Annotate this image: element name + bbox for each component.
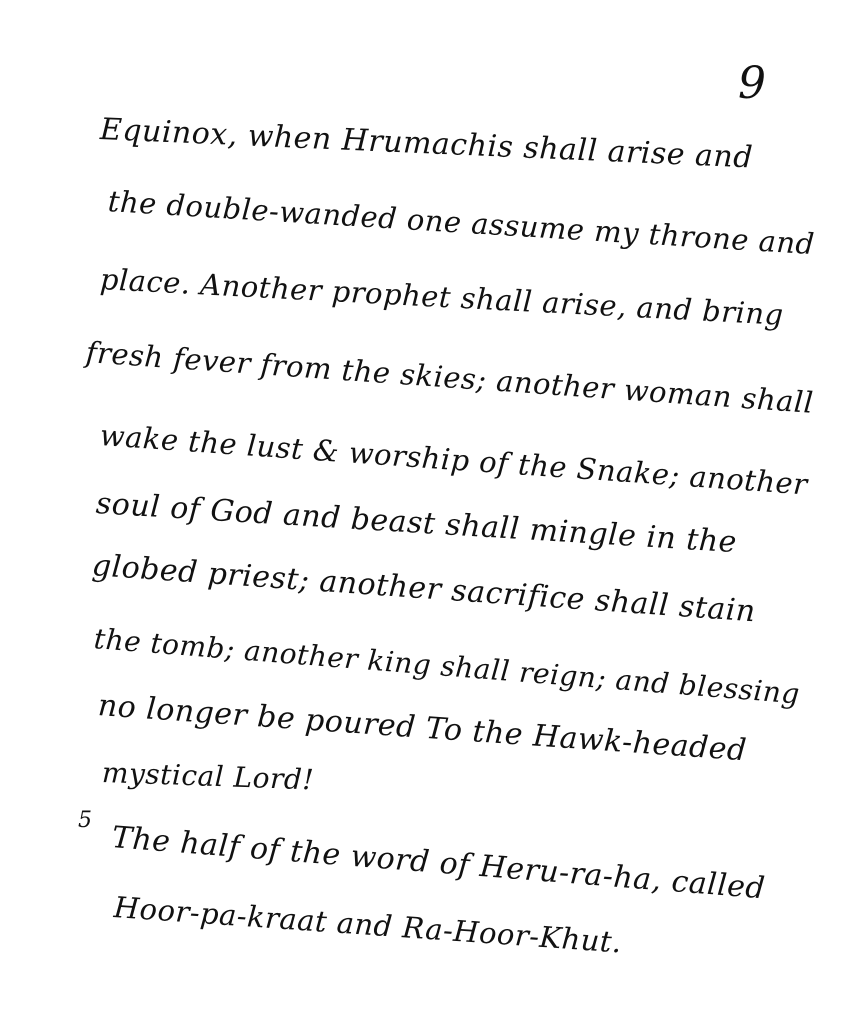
manuscript-line: The half of the word of Heru-ra-ha, call… — [111, 820, 767, 906]
manuscript-line: wake the lust & worship of the Snake; an… — [99, 418, 809, 501]
verse-marker: 5 — [78, 808, 92, 833]
manuscript-line: place. Another prophet shall arise, and … — [99, 262, 784, 332]
manuscript-line: the double-wanded one assume my throne a… — [107, 184, 816, 261]
page-number: 9 — [738, 58, 766, 109]
manuscript-line: soul of God and beast shall mingle in th… — [95, 486, 738, 560]
manuscript-line: mystical Lord! — [101, 756, 314, 796]
manuscript-line: no longer be poured To the Hawk-headed — [97, 688, 748, 768]
manuscript-line: Hoor-pa-kraat and Ra-Hoor-Khut. — [113, 890, 623, 959]
manuscript-page: 9 Equinox, when Hrumachis shall arise an… — [0, 0, 857, 1024]
manuscript-line: globed priest; another sacrifice shall s… — [91, 548, 757, 629]
manuscript-line: fresh fever from the skies; another woma… — [85, 335, 815, 420]
manuscript-line: Equinox, when Hrumachis shall arise and — [99, 112, 753, 175]
